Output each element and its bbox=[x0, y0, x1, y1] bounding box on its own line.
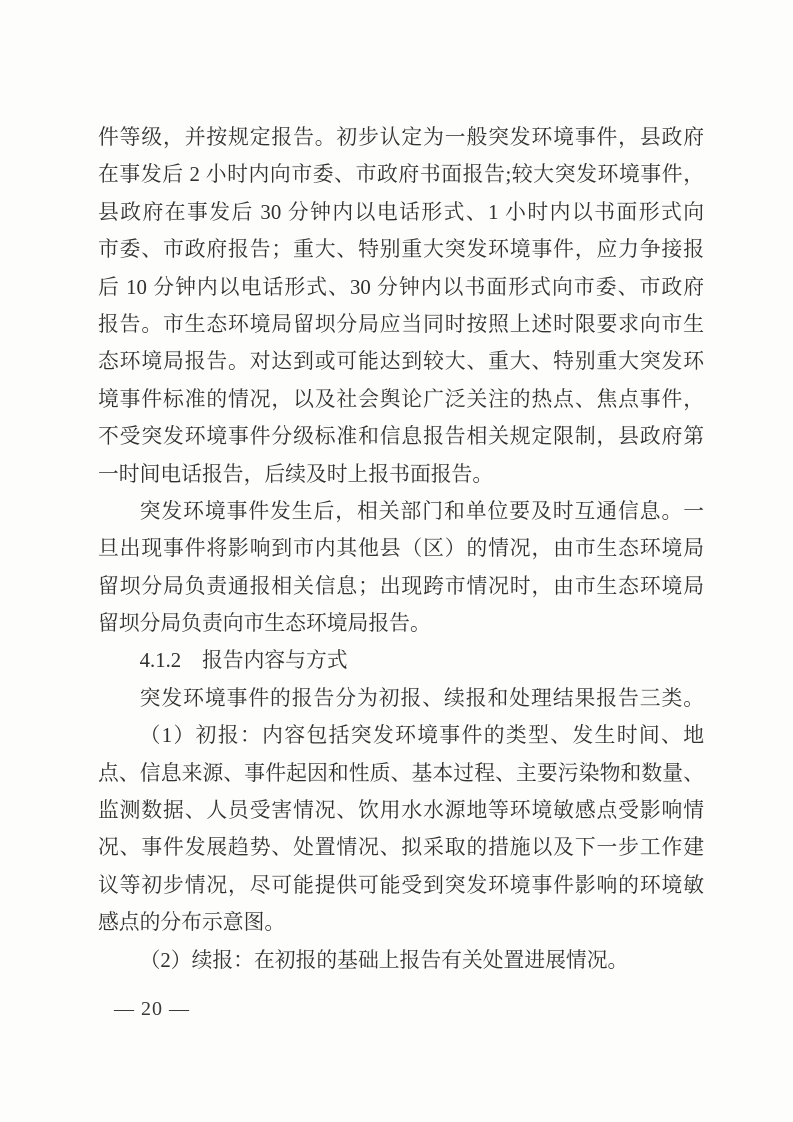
page-footer: — 20 — bbox=[114, 995, 190, 1023]
text-line: 突发环境事件的报告分为初报、续报和处理结果报告三类。 bbox=[98, 680, 704, 717]
text-line: 议等初步情况，尽可能提供可能受到突发环境事件影响的环境敏 bbox=[98, 867, 704, 904]
text-line: 后 10 分钟内以电话形式、30 分钟内以书面形式向市委、市政府 bbox=[98, 269, 704, 306]
text-line: 一时间电话报告，后续及时上报书面报告。 bbox=[98, 456, 704, 493]
page-number: — 20 — bbox=[114, 998, 190, 1020]
text-line: 不受突发环境事件分级标准和信息报告相关规定限制，县政府第 bbox=[98, 418, 704, 455]
text-line: 县政府在事发后 30 分钟内以电话形式、1 小时内以书面形式向 bbox=[98, 194, 704, 231]
text-line: 件等级，并按规定报告。初步认定为一般突发环境事件，县政府 bbox=[98, 119, 704, 156]
text-line: 旦出现事件将影响到市内其他县（区）的情况，由市生态环境局 bbox=[98, 530, 704, 567]
text-line: 报告。市生态环境局留坝分局应当同时按照上述时限要求向市生 bbox=[98, 306, 704, 343]
document-body: 件等级，并按规定报告。初步认定为一般突发环境事件，县政府在事发后 2 小时内向市… bbox=[98, 119, 704, 979]
text-line: 突发环境事件发生后，相关部门和单位要及时互通信息。一 bbox=[98, 493, 704, 530]
text-line: 监测数据、人员受害情况、饮用水水源地等环境敏感点受影响情 bbox=[98, 792, 704, 829]
text-line: 在事发后 2 小时内向市委、市政府书面报告;较大突发环境事件， bbox=[98, 156, 704, 193]
section-heading: 4.1.2 报告内容与方式 bbox=[98, 642, 704, 679]
text-line: 况、事件发展趋势、处置情况、拟采取的措施以及下一步工作建 bbox=[98, 829, 704, 866]
text-line: 态环境局报告。对达到或可能达到较大、重大、特别重大突发环 bbox=[98, 343, 704, 380]
document-page: 件等级，并按规定报告。初步认定为一般突发环境事件，县政府在事发后 2 小时内向市… bbox=[0, 0, 793, 1122]
text-line: （1）初报：内容包括突发环境事件的类型、发生时间、地 bbox=[98, 717, 704, 754]
text-line: 市委、市政府报告；重大、特别重大突发环境事件，应力争接报 bbox=[98, 231, 704, 268]
text-line: 境事件标准的情况，以及社会舆论广泛关注的热点、焦点事件， bbox=[98, 381, 704, 418]
text-line: 感点的分布示意图。 bbox=[98, 904, 704, 941]
text-line: 点、信息来源、事件起因和性质、基本过程、主要污染物和数量、 bbox=[98, 755, 704, 792]
text-line: 留坝分局负责向市生态环境局报告。 bbox=[98, 605, 704, 642]
text-line: 留坝分局负责通报相关信息；出现跨市情况时，由市生态环境局 bbox=[98, 568, 704, 605]
text-line: （2）续报：在初报的基础上报告有关处置进展情况。 bbox=[98, 942, 704, 979]
